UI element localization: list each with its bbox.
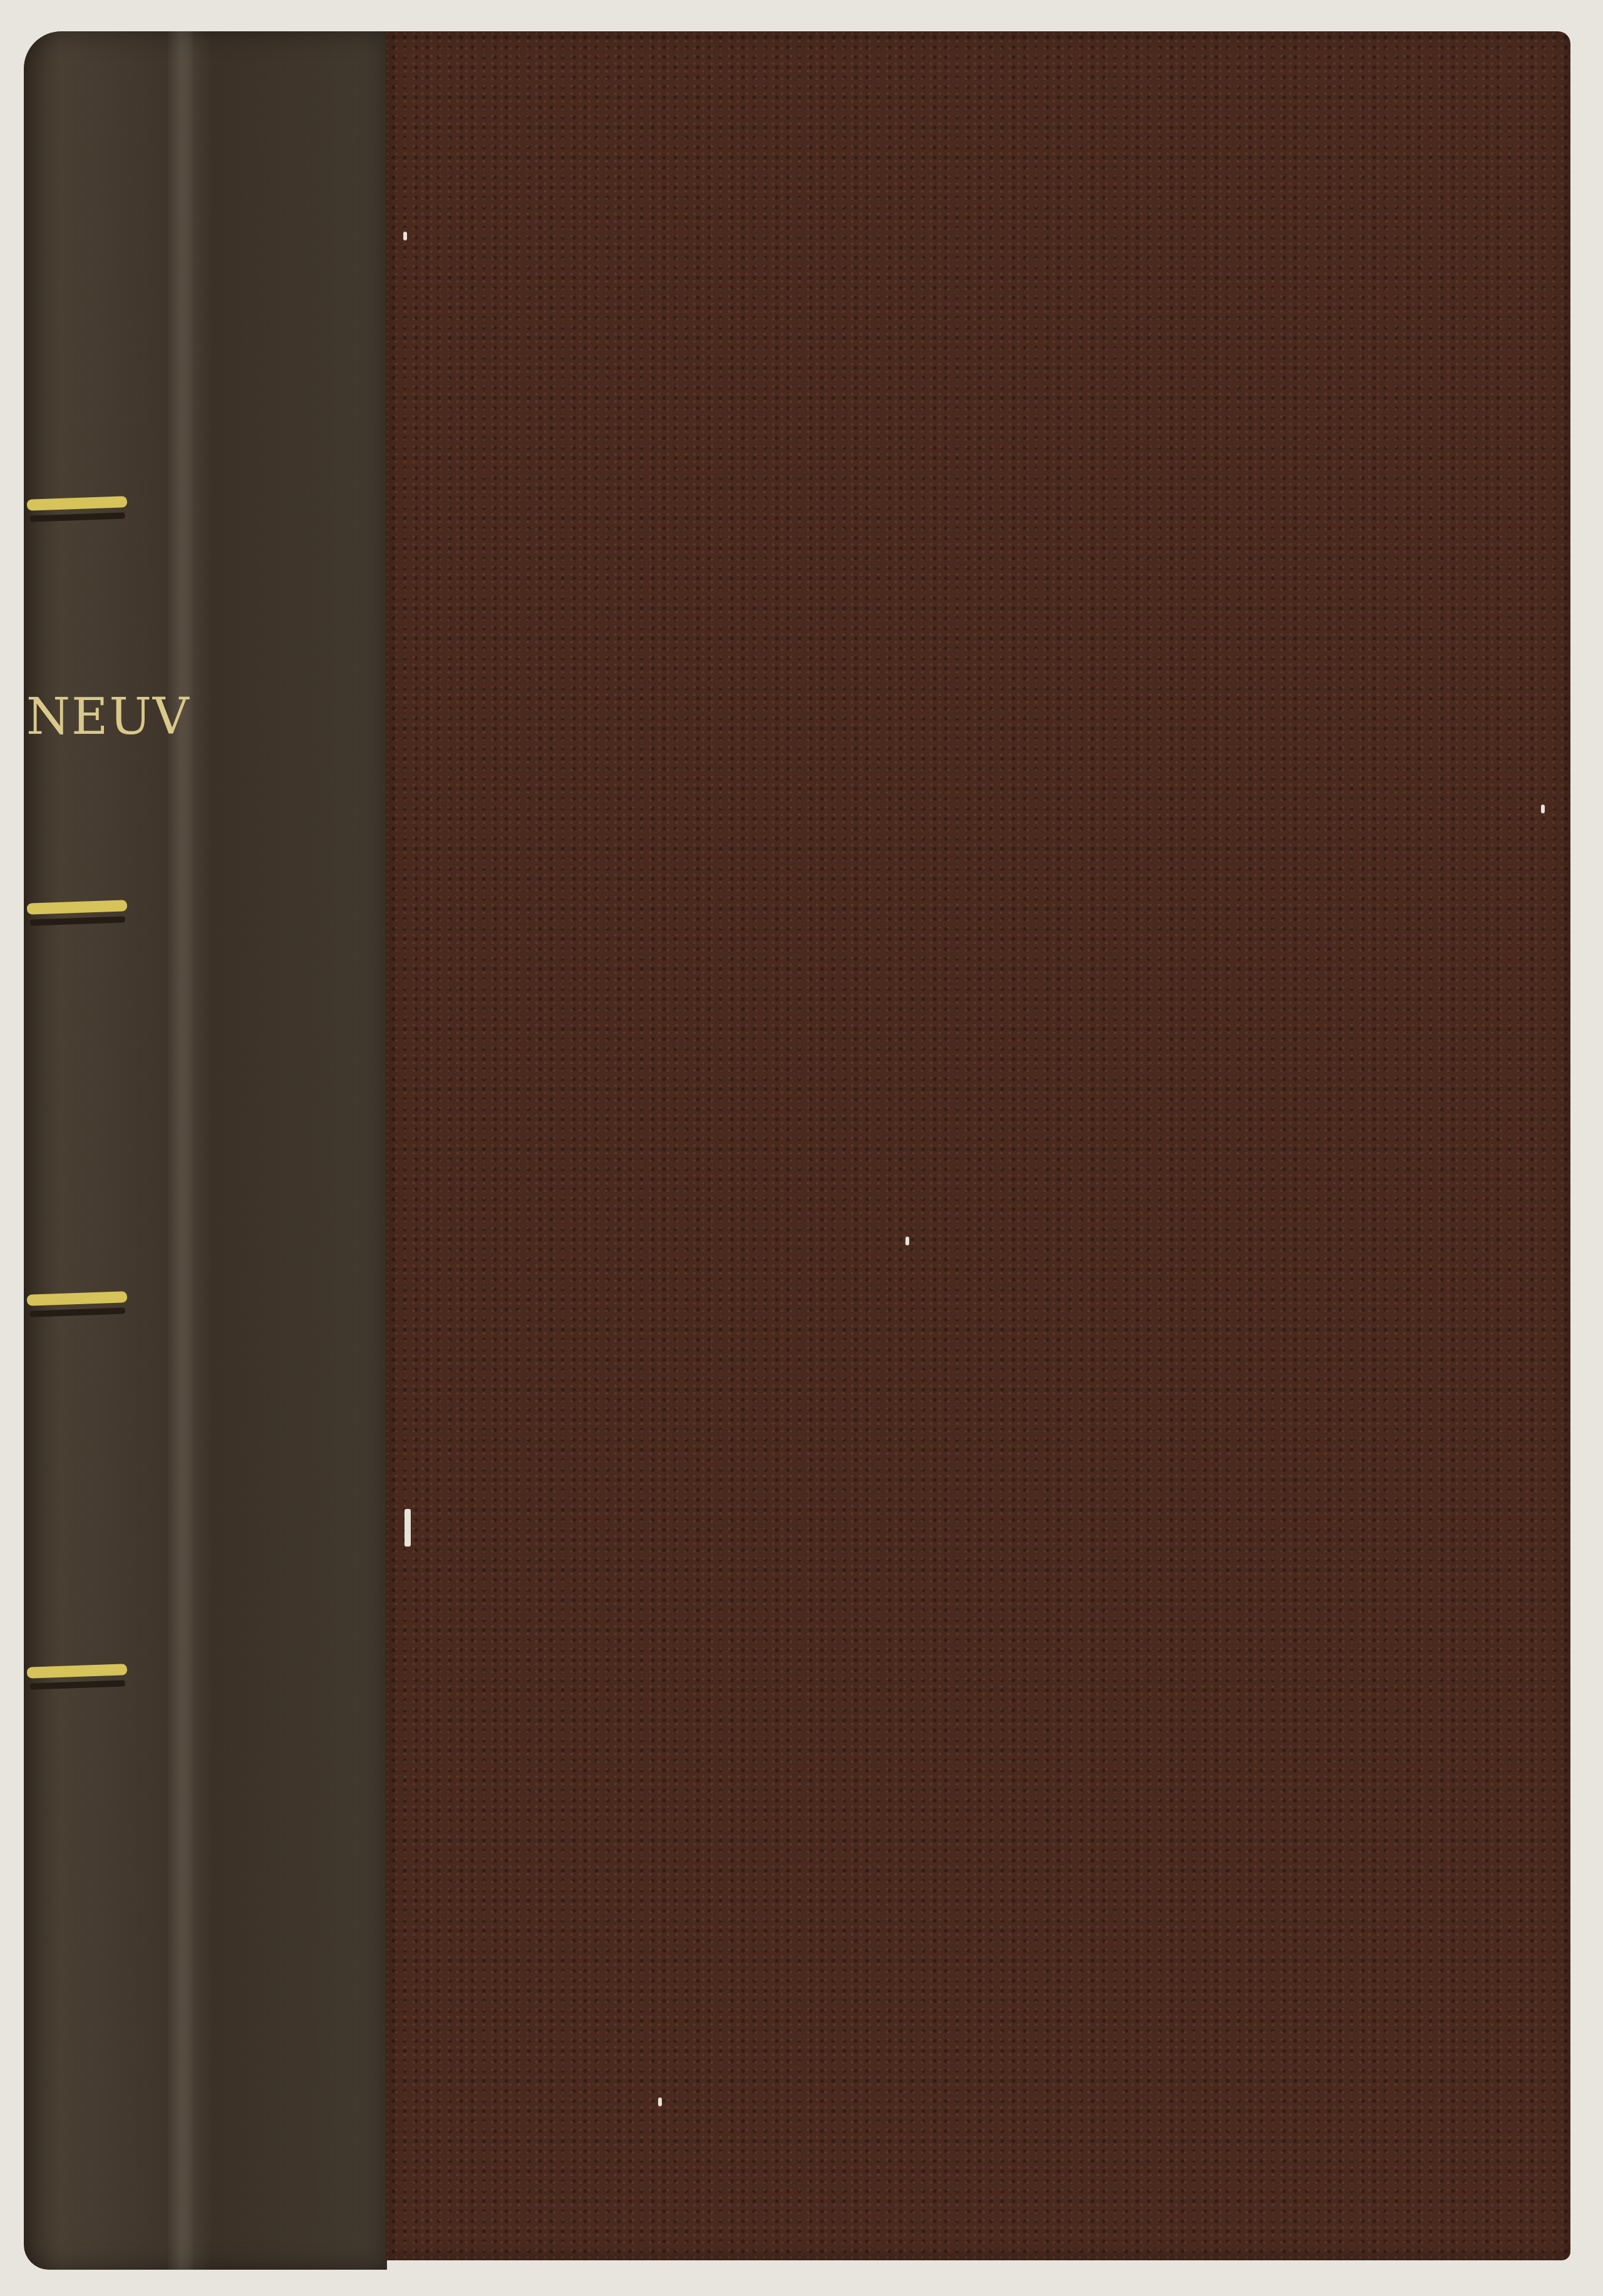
wear-mark [1541, 805, 1545, 813]
spine-ridge [168, 31, 193, 2270]
book-spine: NEUV [24, 31, 387, 2270]
book: NEUV [24, 25, 1570, 2270]
front-board [386, 31, 1570, 2260]
wear-mark [403, 232, 407, 240]
wear-mark [905, 1237, 909, 1245]
gilt-band [27, 900, 128, 915]
wear-mark [658, 2098, 662, 2106]
gilt-band [27, 496, 128, 511]
spine-title: NEUV [26, 687, 190, 746]
gilt-band [27, 1664, 128, 1679]
wear-mark [405, 1509, 411, 1547]
gilt-band [27, 1291, 128, 1306]
